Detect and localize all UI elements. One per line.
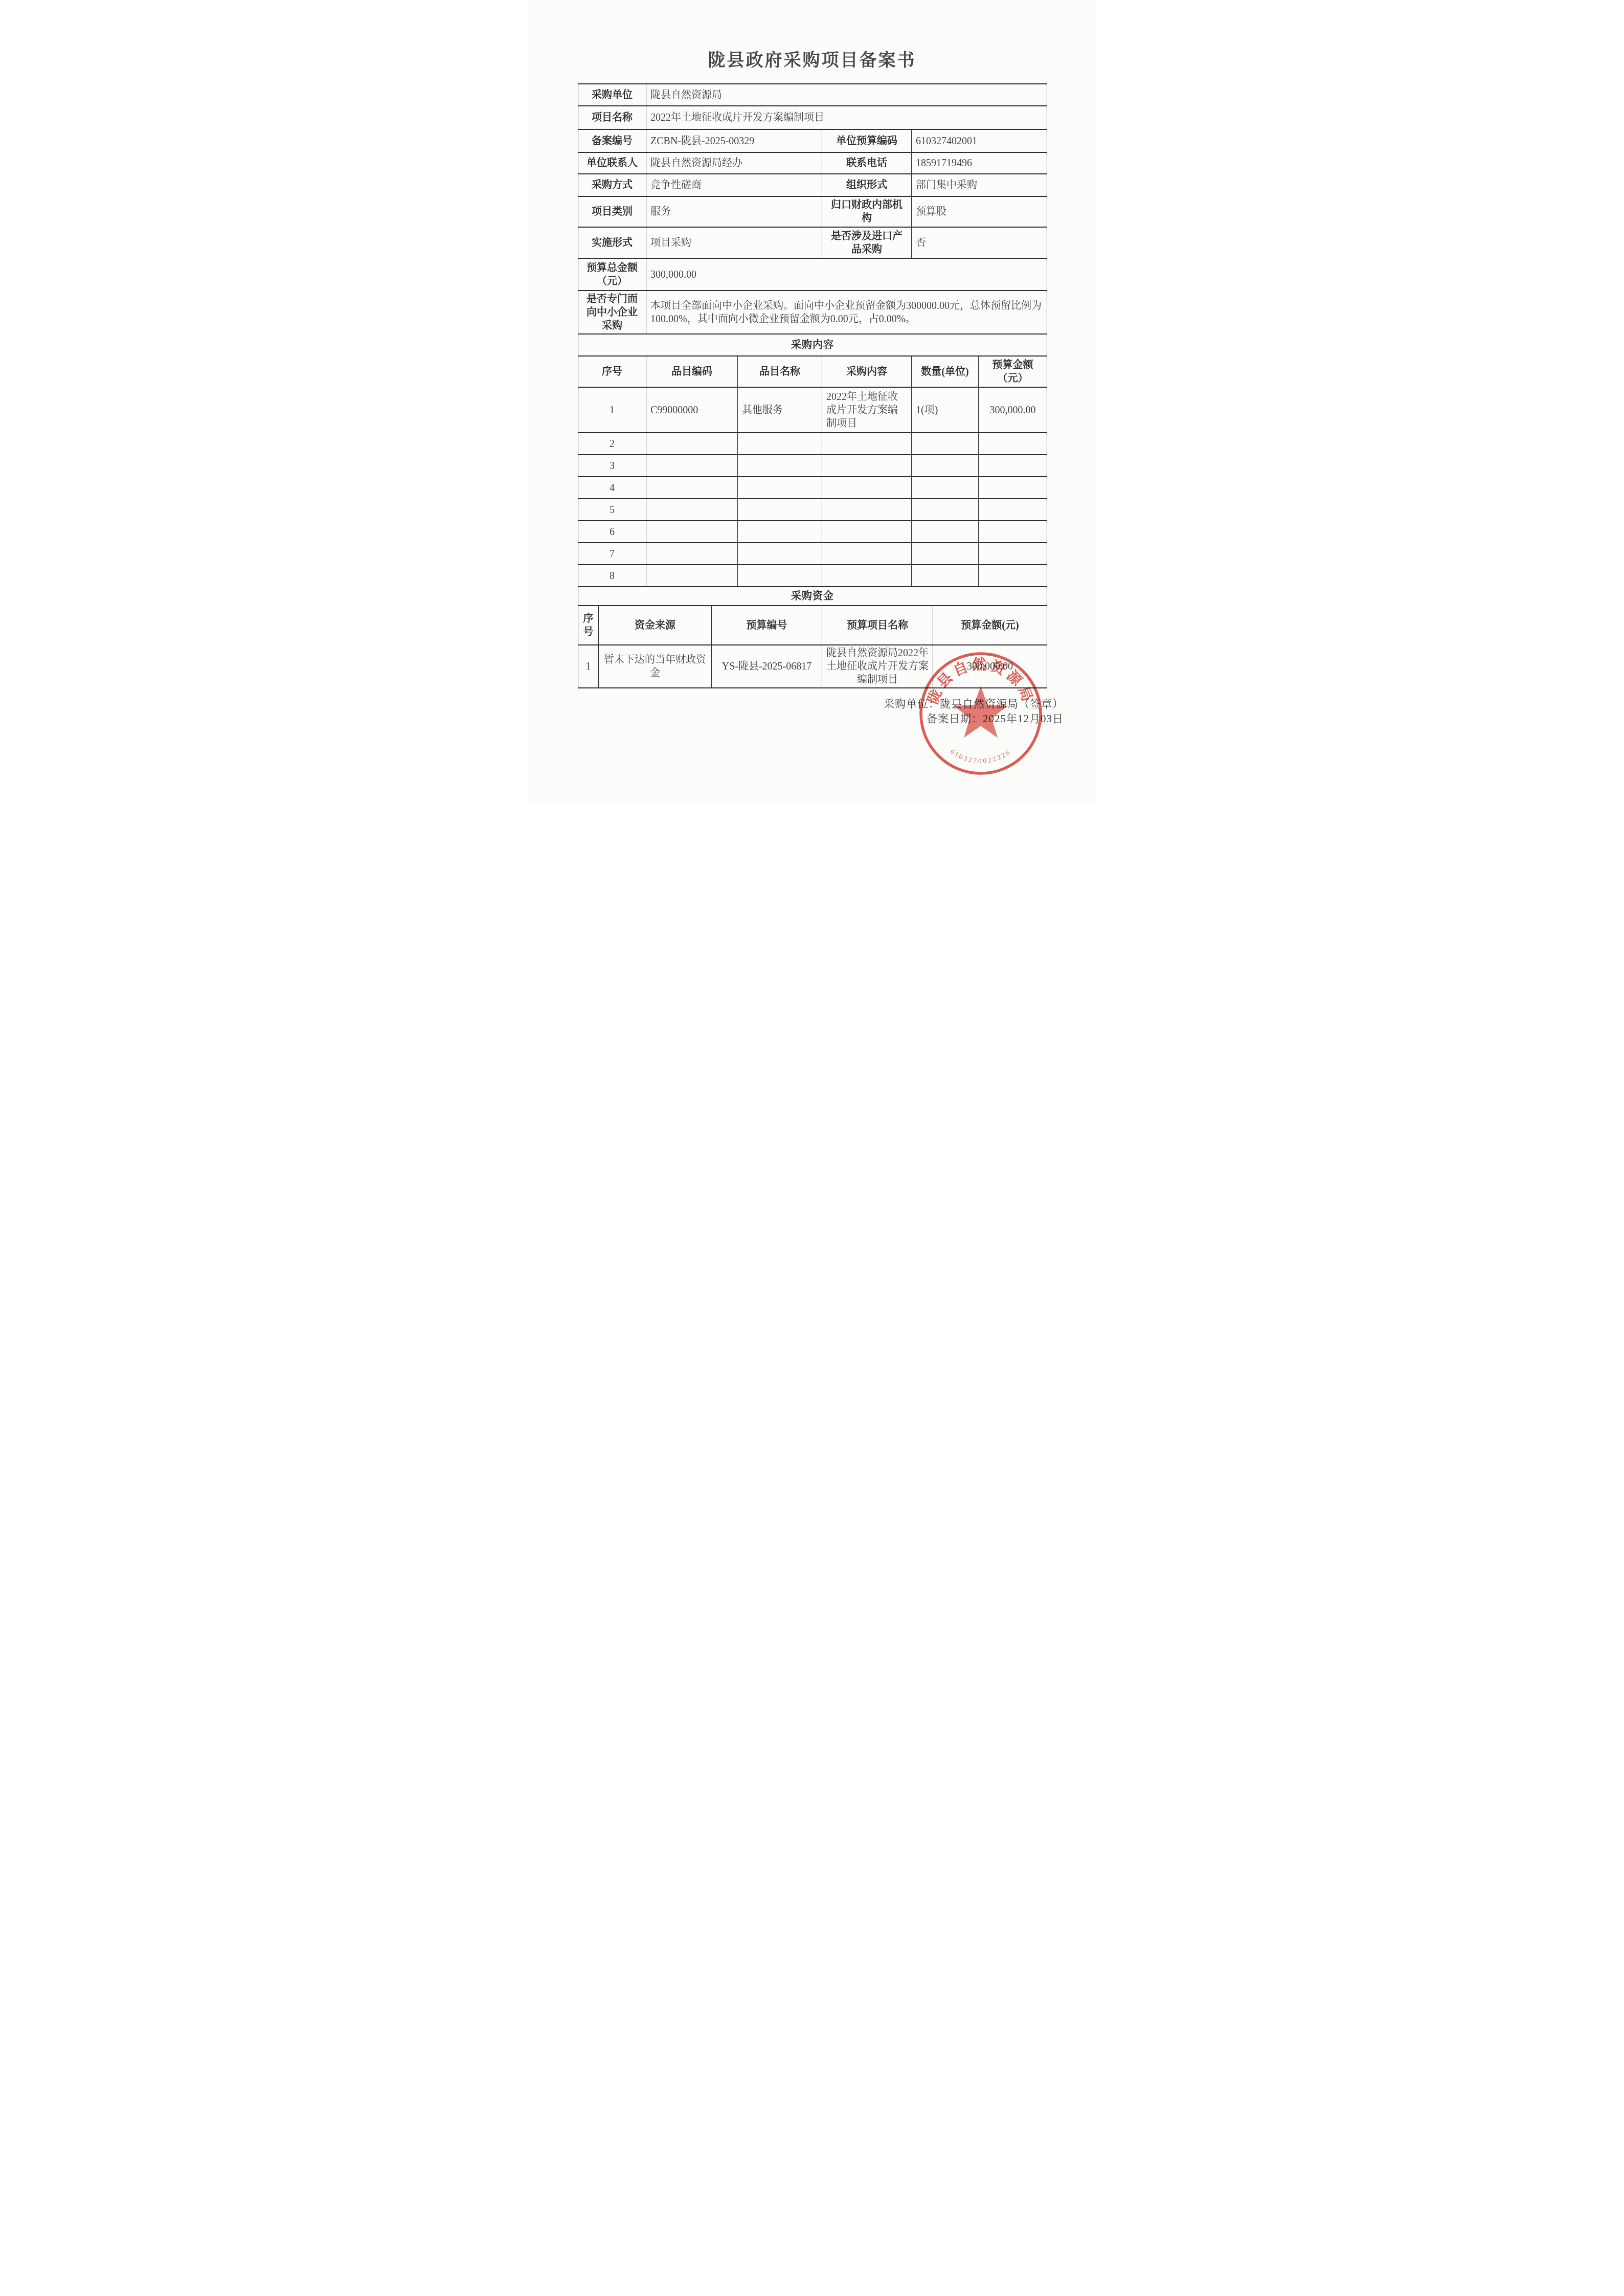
field-value-purchase-method: 竞争性磋商 [646,174,822,196]
cell-budget: 300,000.00 [979,387,1047,433]
cell-item-code [646,543,738,565]
cell-seq: 3 [578,455,646,477]
col-header-item-code: 品目编码 [646,356,738,387]
cell-item-code: C99000000 [646,387,738,433]
field-label-total-budget: 预算总金额 （元） [578,258,646,291]
content-row-8: 8 [578,565,1047,587]
field-label-purchase-unit: 采购单位 [578,84,646,106]
procurement-funds-table: 采购资金 序号 资金来源 预算编号 预算项目名称 预算金额(元) 1 暂未下达的… [578,586,1047,688]
procurement-content-table: 采购内容 序号 品目编码 品目名称 采购内容 数量(单位) 预算金额 （元） 1… [578,333,1047,587]
field-label-contact-person: 单位联系人 [578,152,646,174]
content-row-1: 1 C99000000 其他服务 2022年土地征收成片开发方案编制项目 1(项… [578,387,1047,433]
field-label-contact-phone: 联系电话 [822,152,912,174]
footer-sign-line: 采购单位：陇县自然资源局（签章） [528,697,1064,711]
cell-content [822,521,912,543]
cell-item-code [646,455,738,477]
cell-item-name [738,499,822,521]
col-header-funds-budget-no: 预算编号 [712,606,822,645]
col-header-seq: 序号 [578,356,646,387]
cell-quantity [912,433,979,455]
field-label-import-products: 是否涉及进口产品采购 [822,227,912,258]
cell-quantity [912,477,979,499]
cell-item-code [646,565,738,587]
field-value-contact-phone: 18591719496 [912,152,1047,174]
cell-content [822,499,912,521]
cell-seq: 1 [578,387,646,433]
cell-item-name [738,521,822,543]
field-value-implementation-form: 项目采购 [646,227,822,258]
seal-number-text: 6103270022226 [949,747,1012,765]
cell-seq: 2 [578,433,646,455]
cell-content [822,543,912,565]
col-header-item-name: 品目名称 [738,356,822,387]
field-value-project-category: 服务 [646,196,822,227]
col-header-quantity: 数量(单位) [912,356,979,387]
field-label-project-category: 项目类别 [578,196,646,227]
cell-quantity [912,565,979,587]
col-header-funds-source: 资金来源 [599,606,712,645]
cell-funds-amount: 300,000.00 [933,645,1047,688]
cell-funds-seq: 1 [578,645,599,688]
field-label-implementation-form: 实施形式 [578,227,646,258]
field-label-finance-internal-org: 归口财政内部机构 [822,196,912,227]
cell-budget [979,565,1047,587]
cell-item-name: 其他服务 [738,387,822,433]
funds-row-1: 1 暂未下达的当年财政资金 YS-陇县-2025-06817 陇县自然资源局20… [578,645,1047,688]
cell-quantity: 1(项) [912,387,979,433]
field-value-record-no: ZCBN-陇县-2025-00329 [646,129,822,152]
col-header-budget: 预算金额 （元） [979,356,1047,387]
cell-item-code [646,521,738,543]
field-label-project-name: 项目名称 [578,106,646,129]
field-label-record-no: 备案编号 [578,129,646,152]
cell-content [822,565,912,587]
content-row-3: 3 [578,455,1047,477]
cell-funds-project-name: 陇县自然资源局2022年土地征收成片开发方案编制项目 [822,645,933,688]
section-title-content: 采购内容 [578,334,1047,356]
cell-seq: 7 [578,543,646,565]
field-label-sme-policy: 是否专门面向中小企业采购 [578,291,646,334]
field-value-unit-budget-code: 610327402001 [912,129,1047,152]
content-row-2: 2 [578,433,1047,455]
cell-budget [979,499,1047,521]
cell-item-name [738,433,822,455]
field-value-finance-internal-org: 预算股 [912,196,1047,227]
col-header-funds-project-name: 预算项目名称 [822,606,933,645]
cell-item-code [646,477,738,499]
field-label-organization-form: 组织形式 [822,174,912,196]
field-label-unit-budget-code: 单位预算编码 [822,129,912,152]
cell-funds-source: 暂未下达的当年财政资金 [599,645,712,688]
document-page: 陇县政府采购项目备案书 采购单位 陇县自然资源局 项目名称 2022年土地征收成… [528,0,1096,804]
field-value-import-products: 否 [912,227,1047,258]
cell-budget [979,433,1047,455]
footer-block: 采购单位：陇县自然资源局（签章） 备案日期：2025年12月03日 [528,697,1064,726]
cell-content [822,455,912,477]
content-row-6: 6 [578,521,1047,543]
col-header-content: 采购内容 [822,356,912,387]
field-value-sme-policy: 本项目全部面向中小企业采购。面向中小企业预留金额为300000.00元，总体预留… [646,291,1047,334]
field-value-purchase-unit: 陇县自然资源局 [646,84,1047,106]
section-title-funds: 采购资金 [578,587,1047,606]
field-value-organization-form: 部门集中采购 [912,174,1047,196]
field-label-purchase-method: 采购方式 [578,174,646,196]
cell-item-code [646,499,738,521]
cell-seq: 5 [578,499,646,521]
cell-content: 2022年土地征收成片开发方案编制项目 [822,387,912,433]
cell-item-name [738,565,822,587]
cell-content [822,433,912,455]
cell-seq: 6 [578,521,646,543]
cell-budget [979,477,1047,499]
field-value-contact-person: 陇县自然资源局经办 [646,152,822,174]
cell-seq: 8 [578,565,646,587]
cell-item-name [738,477,822,499]
page-title: 陇县政府采购项目备案书 [528,0,1096,71]
col-header-funds-seq: 序号 [578,606,599,645]
cell-budget [979,521,1047,543]
cell-quantity [912,455,979,477]
project-info-table: 采购单位 陇县自然资源局 项目名称 2022年土地征收成片开发方案编制项目 备案… [578,83,1047,335]
col-header-funds-amount: 预算金额(元) [933,606,1047,645]
cell-quantity [912,499,979,521]
content-row-7: 7 [578,543,1047,565]
cell-quantity [912,543,979,565]
cell-funds-budget-no: YS-陇县-2025-06817 [712,645,822,688]
field-value-project-name: 2022年土地征收成片开发方案编制项目 [646,106,1047,129]
content-row-5: 5 [578,499,1047,521]
field-value-total-budget: 300,000.00 [646,258,1047,291]
cell-item-name [738,455,822,477]
footer-date-line: 备案日期：2025年12月03日 [528,711,1064,726]
cell-budget [979,543,1047,565]
cell-seq: 4 [578,477,646,499]
cell-item-name [738,543,822,565]
content-row-4: 4 [578,477,1047,499]
cell-item-code [646,433,738,455]
cell-quantity [912,521,979,543]
cell-content [822,477,912,499]
cell-budget [979,455,1047,477]
